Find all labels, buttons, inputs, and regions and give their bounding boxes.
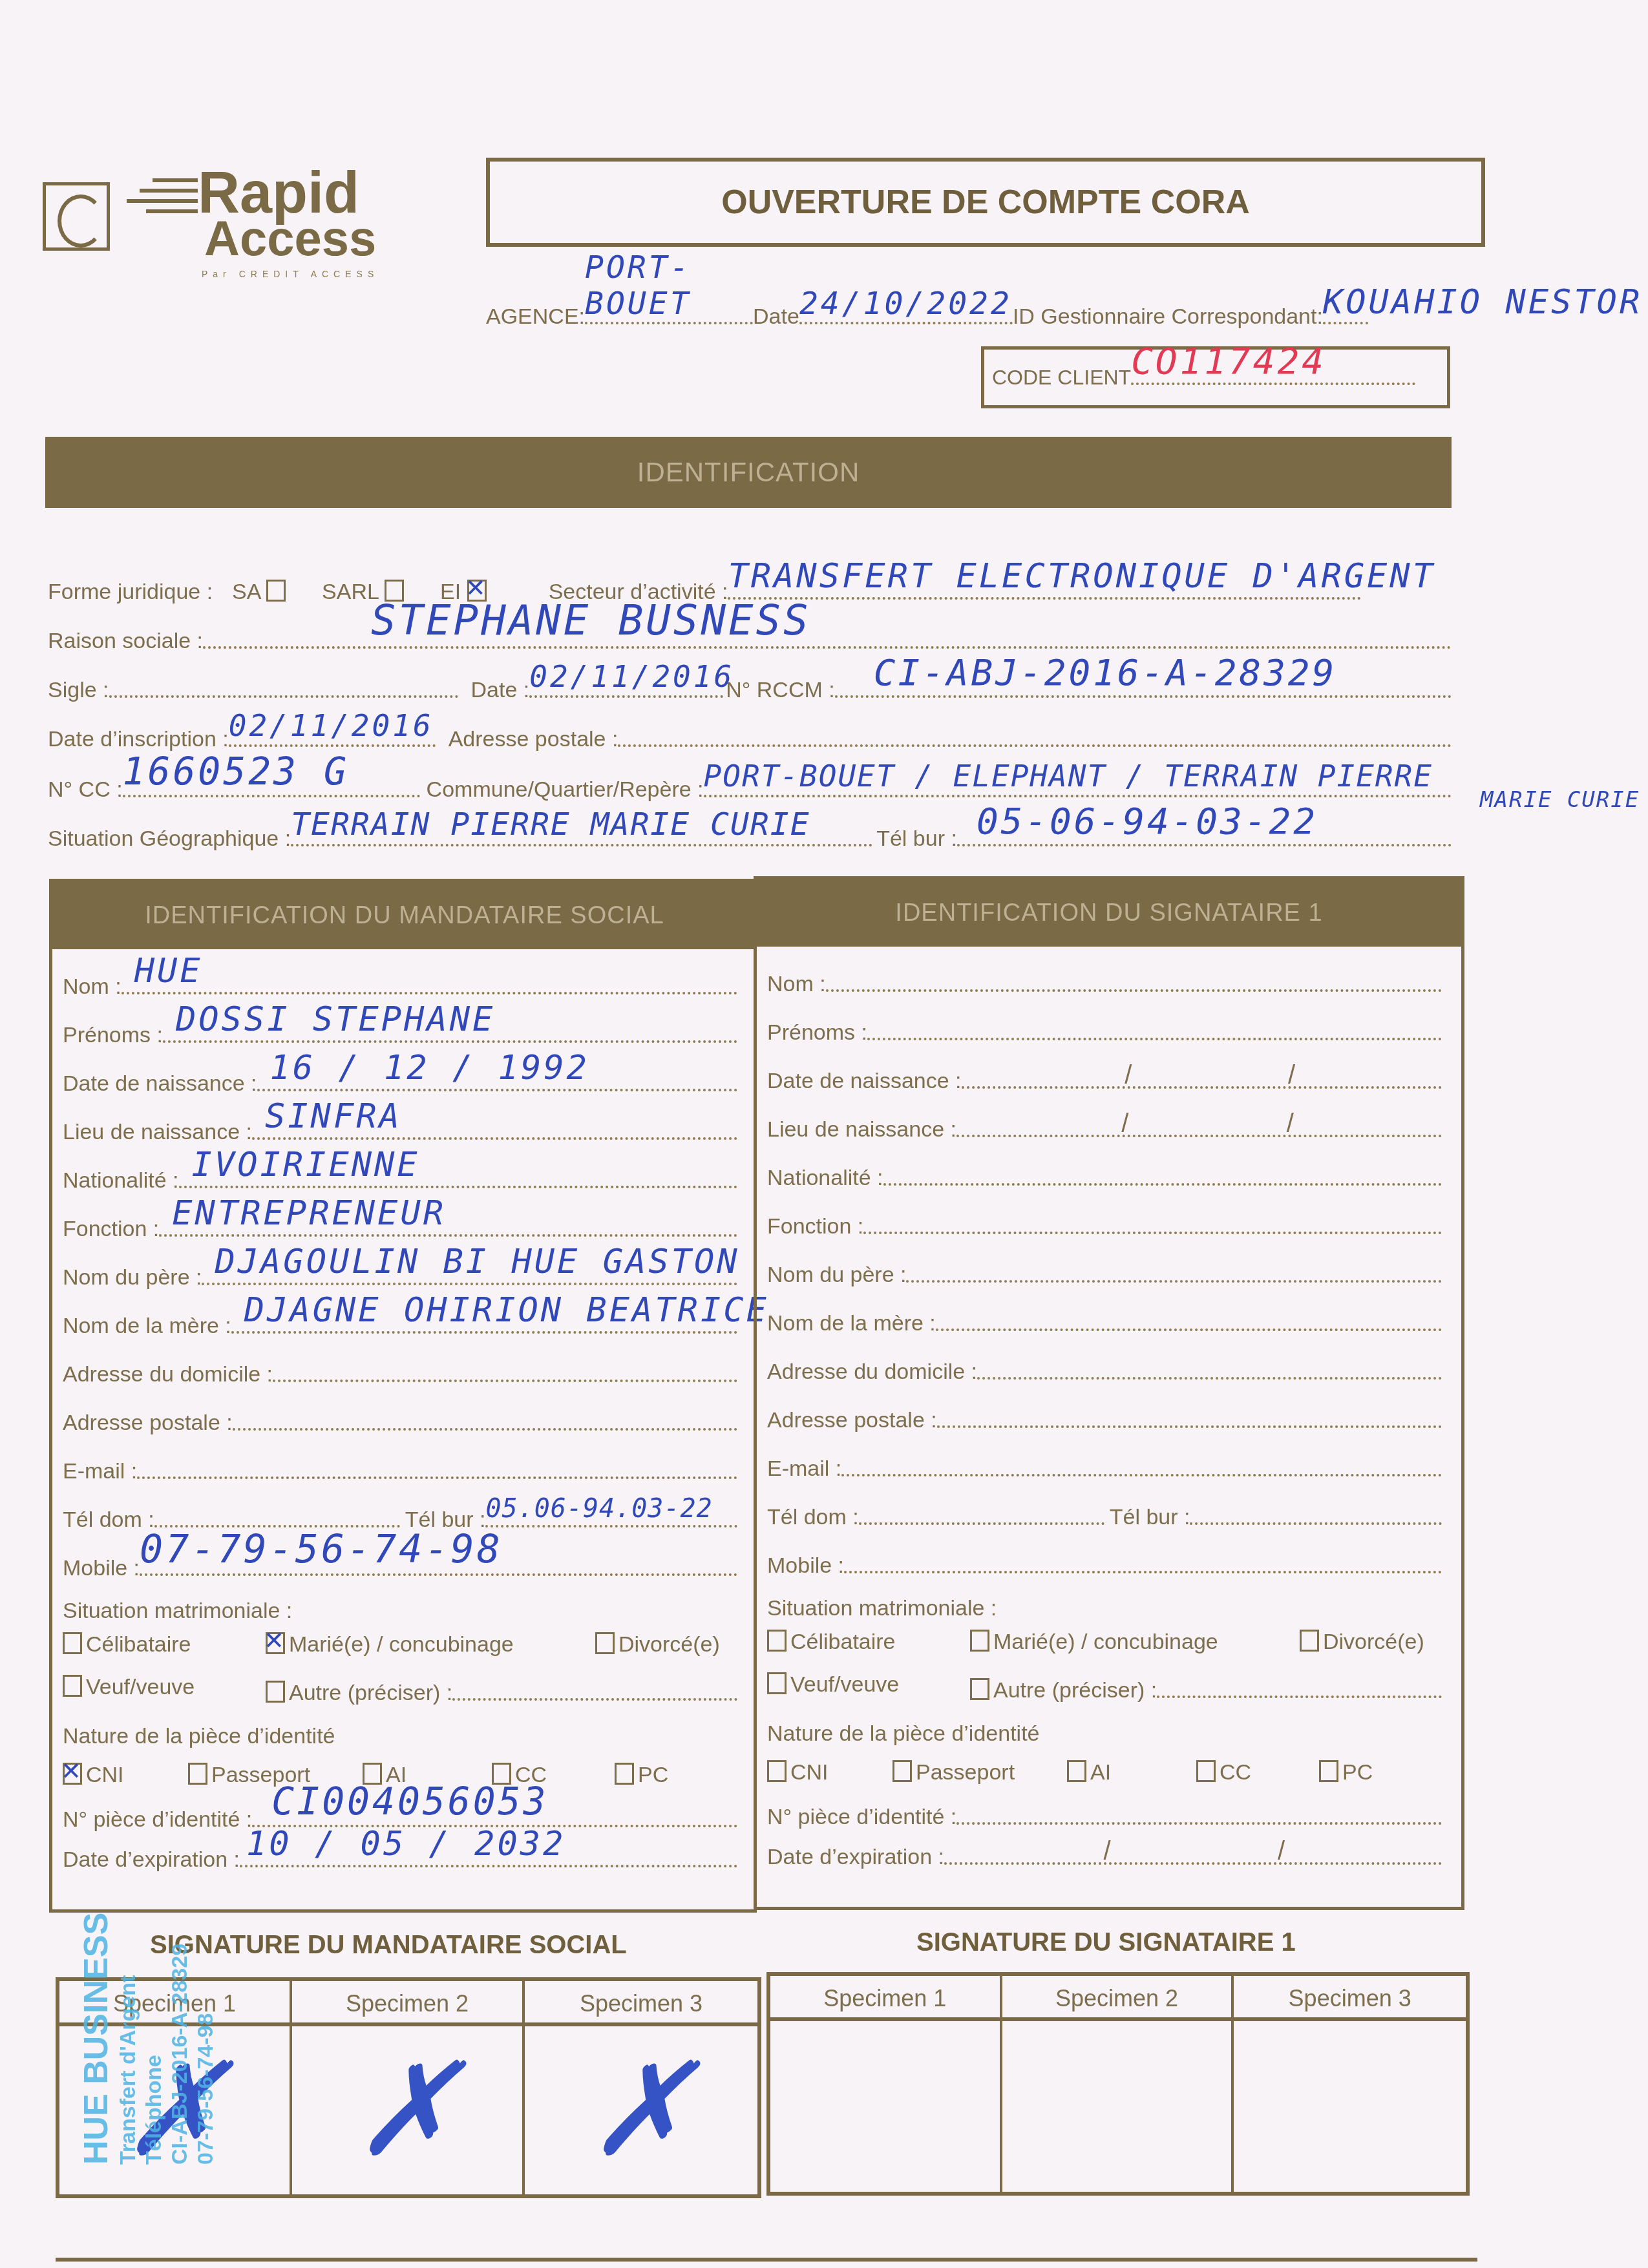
checkbox-autre[interactable] <box>266 1681 285 1703</box>
field-fonction: Fonction : ENTREPRENEUR <box>63 1204 737 1242</box>
adresse-postale-input[interactable] <box>233 1428 737 1431</box>
piece-cni[interactable]: CNI <box>767 1760 829 1785</box>
mobile-input[interactable] <box>844 1571 1442 1573</box>
speed-lines-icon <box>127 174 198 226</box>
checkbox-marie-e-concubinage[interactable] <box>970 1630 989 1652</box>
nationalite-input[interactable]: IVOIRIENNE <box>179 1186 737 1188</box>
adresse-postale-input[interactable] <box>937 1425 1442 1428</box>
date-de-naissance-input[interactable]: // <box>962 1086 1442 1089</box>
signataire-specimen-table: Specimen 1 Specimen 2 Specimen 3 <box>766 1972 1470 2196</box>
matrimoniale-marie-e-concubinage[interactable]: Marié(e) / concubinage <box>970 1630 1218 1655</box>
mandataire-section-header: IDENTIFICATION DU MANDATAIRE SOCIAL <box>52 882 757 949</box>
date-inscription-field[interactable]: 02/11/2016 <box>229 744 436 747</box>
checkbox-pc[interactable] <box>615 1763 634 1785</box>
specimen-3-signature[interactable]: ✗ <box>525 2026 757 2194</box>
stamp-line: Transfert d'Argent <box>115 1893 141 2165</box>
raison-sociale-row: Raison sociale : STEPHANE BUSNESS <box>48 618 1452 654</box>
code-client-box: CODE CLIENT CO117424 <box>981 346 1450 408</box>
stamp-line: Téléphone <box>141 1893 167 2165</box>
sigle-date-rccm-row: Sigle : Date : 02/11/2016 N° RCCM : CI-A… <box>48 667 1452 703</box>
matrimoniale-divorce-e[interactable]: Divorcé(e) <box>1300 1630 1424 1655</box>
specimen-2-header: Specimen 2 <box>1002 1976 1234 2021</box>
logo: Rapid Access Par CREDIT ACCESS <box>43 174 405 284</box>
secteur-field[interactable]: TRANSFERT ELECTRONIQUE D'ARGENT <box>728 597 1361 600</box>
field-nom-du-pere: Nom du père : DJAGOULIN BI HUE GASTON <box>63 1253 737 1290</box>
field-nationalite: Nationalité : IVOIRIENNE <box>63 1156 737 1193</box>
piece-pc[interactable]: PC <box>1319 1760 1373 1785</box>
signataire-signature-title: SIGNATURE DU SIGNATAIRE 1 <box>916 1928 1296 1957</box>
specimen-1-header: Specimen 1 <box>770 1976 1002 2021</box>
checkbox-celibataire[interactable] <box>63 1632 82 1654</box>
matrimoniale-autre[interactable]: Autre (préciser) : <box>970 1666 1442 1703</box>
stamp-line: HUE BUSINESS <box>78 1893 115 2165</box>
checkbox-veuf[interactable] <box>767 1672 787 1694</box>
specimen-3-header: Specimen 3 <box>525 1981 757 2026</box>
code-client-label: CODE CLIENT <box>992 366 1131 390</box>
stamp-line: 07-79-56-74-98 <box>193 1893 218 2165</box>
expiration-input[interactable]: // <box>944 1862 1442 1865</box>
autre-input[interactable] <box>452 1698 737 1701</box>
footer-rule <box>56 2258 1477 2262</box>
matrimoniale-celibataire[interactable]: Célibataire <box>767 1630 896 1655</box>
mobile-row: Mobile : <box>767 1541 1442 1579</box>
date-label: Date <box>753 304 799 330</box>
adresse-du-domicile-input[interactable] <box>273 1380 737 1382</box>
field-e-mail: E-mail : <box>767 1444 1442 1482</box>
nom-input[interactable] <box>826 989 1442 992</box>
specimen-3-signature[interactable] <box>1234 2021 1466 2192</box>
lieu-de-naissance-input[interactable]: // <box>956 1135 1442 1137</box>
matrimoniale-label: Situation matrimoniale : <box>63 1599 292 1624</box>
field-date-de-naissance: Date de naissance : 16 / 12 / 1992 <box>63 1059 737 1097</box>
date-field[interactable]: 02/11/2016 <box>529 695 723 698</box>
checkbox-passeport[interactable] <box>188 1763 207 1785</box>
commune-field[interactable]: PORT-BOUET / ELEPHANT / TERRAIN PIERRE <box>704 795 1452 797</box>
expiration-row: Date d’expiration : // <box>767 1832 1442 1870</box>
tel-bur-field[interactable]: 05-06-94-03-22 <box>957 844 1452 846</box>
checkbox-ai[interactable] <box>1067 1760 1086 1782</box>
field-adresse-du-domicile: Adresse du domicile : <box>63 1350 737 1387</box>
ca-monogram-icon <box>43 182 110 251</box>
situation-row: Situation Géographique : TERRAIN PIERRE … <box>48 815 1452 852</box>
matrimoniale-divorce-e[interactable]: Divorcé(e) <box>595 1632 720 1657</box>
agence-label: AGENCE: <box>486 304 585 330</box>
mobile-row: Mobile : 07-79-56-74-98 <box>63 1544 737 1581</box>
mandataire-panel: IDENTIFICATION DU MANDATAIRE SOCIAL Nom … <box>49 879 757 1913</box>
field-prenoms: Prénoms : DOSSI STEPHANE <box>63 1011 737 1048</box>
prenoms-input[interactable] <box>867 1038 1442 1040</box>
prenoms-input[interactable]: DOSSI STEPHANE <box>163 1040 737 1043</box>
field-prenoms: Prénoms : <box>767 1008 1442 1045</box>
field-e-mail: E-mail : <box>63 1447 737 1484</box>
piece-label: Nature de la pièce d’identité <box>63 1724 335 1749</box>
field-nom: Nom : <box>767 960 1442 997</box>
commune-overflow-note: MARIE CURIE <box>1480 787 1640 813</box>
matrimoniale-veuf-veuve[interactable]: Veuf/veuve <box>63 1675 195 1700</box>
checkbox-cni[interactable] <box>63 1763 82 1785</box>
field-nom: Nom : HUE <box>63 962 737 1000</box>
stamp-line: CI-ABJ-2016-A-28329 <box>167 1893 193 2165</box>
lieu-de-naissance-input[interactable]: SINFRA <box>252 1137 737 1140</box>
expiration-input[interactable]: 10 / 05 / 2032 <box>240 1865 737 1867</box>
ncc-field[interactable]: 1660523 G <box>123 795 420 797</box>
specimen-2-signature[interactable]: ✗ <box>292 2026 525 2194</box>
autre-input[interactable] <box>1157 1696 1442 1698</box>
code-client-field[interactable]: CO117424 <box>1131 383 1415 385</box>
field-lieu-de-naissance: Lieu de naissance : // <box>767 1105 1442 1142</box>
date-de-naissance-input[interactable]: 16 / 12 / 1992 <box>257 1089 737 1091</box>
tel-bur-input[interactable] <box>1190 1522 1442 1525</box>
expiration-row: Date d’expiration : 10 / 05 / 2032 <box>63 1835 737 1873</box>
piece-ai[interactable]: AI <box>1067 1760 1111 1785</box>
field-date-de-naissance: Date de naissance : // <box>767 1056 1442 1094</box>
field-adresse-postale: Adresse postale : <box>767 1396 1442 1433</box>
piece-cc[interactable]: CC <box>1196 1760 1251 1785</box>
field-nationalite: Nationalité : <box>767 1153 1442 1191</box>
field-lieu-de-naissance: Lieu de naissance : SINFRA <box>63 1108 737 1145</box>
checkbox-cni[interactable] <box>767 1760 787 1782</box>
matrimoniale-marie-e-concubinage[interactable]: Marié(e) / concubinage <box>266 1632 514 1657</box>
fonction-input[interactable]: ENTREPRENEUR <box>159 1234 737 1237</box>
situation-field[interactable]: TERRAIN PIERRE MARIE CURIE <box>291 844 872 846</box>
agence-field[interactable]: PORT-BOUET <box>585 322 753 324</box>
signataire-panel: IDENTIFICATION DU SIGNATAIRE 1 Nom : Pré… <box>754 876 1464 1910</box>
nationalite-input[interactable] <box>883 1183 1442 1186</box>
nom-du-pere-input[interactable]: DJAGOULIN BI HUE GASTON <box>202 1283 737 1285</box>
adresse-postale-field[interactable] <box>618 744 1452 747</box>
checkbox-sa[interactable] <box>266 580 286 602</box>
checkbox-divorce-e[interactable] <box>1300 1630 1319 1652</box>
num-piece-row: N° pièce d’identité : <box>767 1792 1442 1830</box>
specimen-2-header: Specimen 2 <box>292 1981 525 2026</box>
e-mail-input[interactable] <box>841 1474 1442 1476</box>
field-fonction: Fonction : <box>767 1202 1442 1239</box>
piece-passeport[interactable]: Passeport <box>893 1760 1015 1785</box>
field-adresse-du-domicile: Adresse du domicile : <box>767 1347 1442 1385</box>
nom-input[interactable]: HUE <box>121 992 737 994</box>
nom-de-la-mere-input[interactable] <box>936 1328 1442 1331</box>
header-info-row: AGENCE: PORT-BOUET Date 24/10/2022 ID Ge… <box>486 284 1455 330</box>
num-piece-input[interactable] <box>956 1822 1442 1825</box>
inscription-adresse-row: Date d’inscription : 02/11/2016 Adresse … <box>48 716 1452 752</box>
piece-label: Nature de la pièce d’identité <box>767 1721 1040 1747</box>
sigle-field[interactable] <box>109 695 458 698</box>
matrimoniale-veuf-veuve[interactable]: Veuf/veuve <box>767 1672 899 1697</box>
company-stamp: HUE BUSINESSTransfert d'ArgentTéléphoneC… <box>78 1893 246 2165</box>
brand-tagline: Par CREDIT ACCESS <box>202 269 379 279</box>
form-title-box: OUVERTURE DE COMPTE CORA <box>486 158 1485 247</box>
signataire-section-header: IDENTIFICATION DU SIGNATAIRE 1 <box>757 879 1461 947</box>
specimen-1-signature[interactable] <box>770 2021 1002 2192</box>
field-adresse-postale: Adresse postale : <box>63 1398 737 1436</box>
tel-row: Tél dom : Tél bur : <box>767 1493 1442 1530</box>
checkbox-celibataire[interactable] <box>767 1630 787 1652</box>
tel-bur-input[interactable]: 05.06-94.03-22 <box>485 1525 737 1528</box>
checkbox-passeport[interactable] <box>893 1760 912 1782</box>
piece-cni[interactable]: CNI <box>63 1763 124 1788</box>
checkbox-autre[interactable] <box>970 1678 989 1700</box>
ncc-commune-row: N° CC : 1660523 G Commune/Quartier/Repèr… <box>48 766 1452 803</box>
form-title: OUVERTURE DE COMPTE CORA <box>721 183 1250 222</box>
rccm-field[interactable]: CI-ABJ-2016-A-28329 <box>835 695 1452 698</box>
checkbox-pc[interactable] <box>1319 1760 1338 1782</box>
gestionnaire-field[interactable]: KOUAHIO NESTOR <box>1323 322 1368 324</box>
mobile-input[interactable]: 07-79-56-74-98 <box>140 1573 737 1576</box>
fonction-input[interactable] <box>863 1232 1442 1234</box>
e-mail-input[interactable] <box>137 1476 737 1479</box>
raison-sociale-field[interactable]: STEPHANE BUSNESS <box>203 646 1452 649</box>
field-nom-du-pere: Nom du père : <box>767 1250 1442 1288</box>
forme-juridique-sa[interactable]: SA <box>232 580 290 605</box>
specimen-2-signature[interactable] <box>1002 2021 1234 2192</box>
nom-de-la-mere-input[interactable]: DJAGNE OHIRION BEATRICE <box>231 1331 737 1334</box>
date-field[interactable]: 24/10/2022 <box>799 322 1013 324</box>
specimen-3-header: Specimen 3 <box>1234 1976 1466 2021</box>
tel-dom-input[interactable] <box>859 1522 1104 1525</box>
gestionnaire-label: ID Gestionnaire Correspondant: <box>1013 304 1323 330</box>
nom-du-pere-input[interactable] <box>906 1280 1442 1283</box>
checkbox-divorce-e[interactable] <box>595 1632 615 1654</box>
field-nom-de-la-mere: Nom de la mère : DJAGNE OHIRION BEATRICE <box>63 1301 737 1339</box>
field-nom-de-la-mere: Nom de la mère : <box>767 1299 1442 1336</box>
adresse-du-domicile-input[interactable] <box>977 1377 1442 1380</box>
identification-section-header: IDENTIFICATION <box>45 437 1452 508</box>
checkbox-veuf[interactable] <box>63 1675 82 1697</box>
brand-name-line2: Access <box>204 211 376 267</box>
matrimoniale-autre[interactable]: Autre (préciser) : <box>266 1668 737 1706</box>
piece-pc[interactable]: PC <box>615 1763 668 1788</box>
checkbox-marie-e-concubinage[interactable] <box>266 1632 285 1654</box>
matrimoniale-celibataire[interactable]: Célibataire <box>63 1632 191 1657</box>
checkbox-cc[interactable] <box>1196 1760 1216 1782</box>
matrimoniale-label: Situation matrimoniale : <box>767 1596 997 1621</box>
